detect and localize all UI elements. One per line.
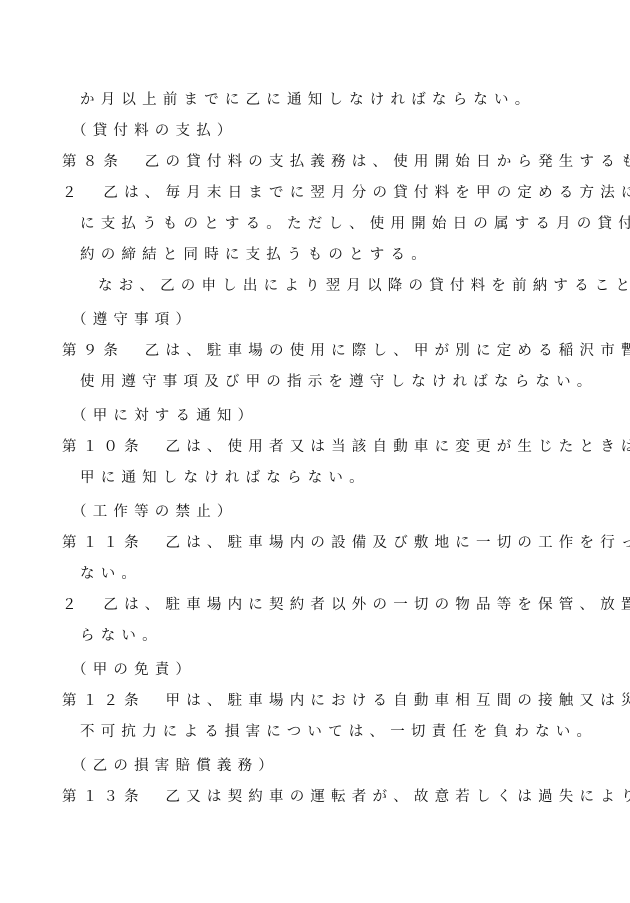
text-line: に支払うものとする。ただし、使用開始日の属する月の貸付料は、契: [80, 214, 630, 234]
text-line: ない。: [80, 564, 142, 584]
text-line: 不可抗力による損害については、一切責任を負わない。: [80, 722, 597, 742]
section-heading: （乙の損害賠償義務）: [72, 756, 279, 776]
article-12: 第１２条 甲は、駐車場内における自動車相互間の接触又は災害その他: [62, 691, 630, 711]
section-heading: （貸付料の支払）: [72, 121, 238, 141]
article-8: 第８条 乙の貸付料の支払義務は、使用開始日から発生するものとする。: [62, 152, 630, 172]
article-8-para-2: ２ 乙は、毎月末日までに翌月分の貸付料を甲の定める方法により、甲: [62, 183, 630, 203]
text-line: 使用遵守事項及び甲の指示を遵守しなければならない。: [80, 372, 598, 392]
text-line: らない。: [80, 626, 163, 646]
article-11-para-2: ２ 乙は、駐車場内に契約者以外の一切の物品等を保管、放置してはな: [62, 595, 630, 615]
text-line: 甲に通知しなければならない。: [80, 468, 370, 488]
article-13: 第１３条 乙又は契約車の運転者が、故意若しくは過失により駐車場の: [62, 787, 630, 807]
section-heading: （工作等の禁止）: [72, 502, 238, 522]
section-heading: （遵守事項）: [72, 310, 196, 330]
section-heading: （甲に対する通知）: [72, 406, 258, 426]
section-heading: （甲の免責）: [72, 660, 196, 680]
text-line: か月以上前までに乙に通知しなければならない。: [80, 90, 535, 110]
document-page: か月以上前までに乙に通知しなければならない。 （貸付料の支払） 第８条 乙の貸付…: [0, 0, 630, 903]
text-line: 約の締結と同時に支払うものとする。: [80, 245, 432, 265]
article-11: 第１１条 乙は、駐車場内の設備及び敷地に一切の工作を行ってはなら: [62, 533, 630, 553]
article-10: 第１０条 乙は、使用者又は当該自動車に変更が生じたときは、直ちに: [62, 437, 630, 457]
article-9: 第９条 乙は、駐車場の使用に際し、甲が別に定める稲沢市暫定駐車場: [62, 341, 630, 361]
text-line: なお、乙の申し出により翌月以降の貸付料を前納することができる。: [98, 276, 630, 296]
